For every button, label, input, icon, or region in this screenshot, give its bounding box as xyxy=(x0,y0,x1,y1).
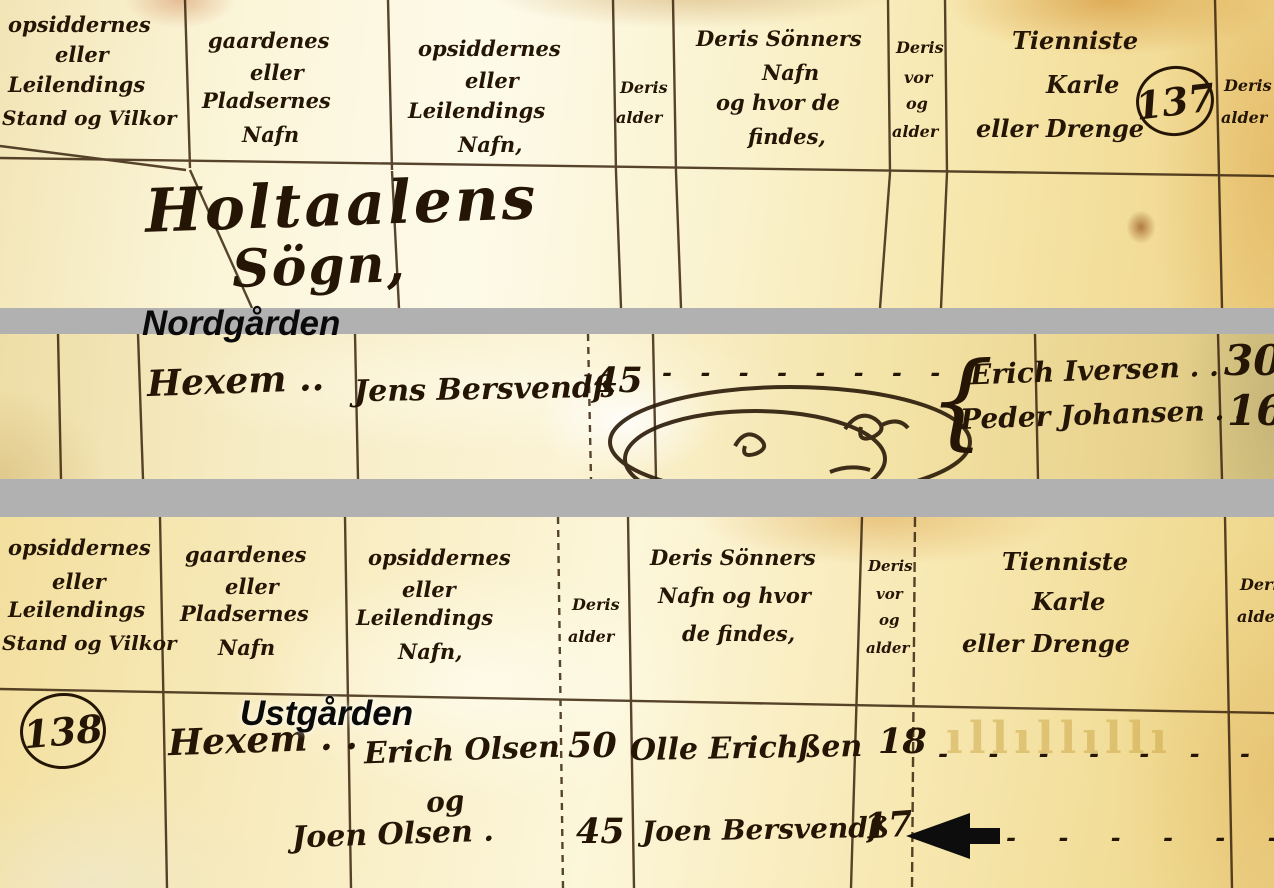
column-header: opsiddernes xyxy=(8,12,151,37)
column-header: Nafn xyxy=(242,122,299,147)
column-header: Deris xyxy=(1240,575,1274,594)
column-header: Nafn, xyxy=(398,639,462,664)
page-number-badge-138: 138 xyxy=(17,689,109,772)
entry-son-age: 17 xyxy=(863,803,914,847)
column-header: Karle xyxy=(1032,587,1105,616)
entry-servant-1-age: 30, xyxy=(1224,336,1274,385)
entry-son-name: Joen Bersvendß xyxy=(642,811,890,848)
page-number-badge-137: 137 xyxy=(1132,62,1218,141)
column-header: og xyxy=(879,611,900,629)
column-header: eller xyxy=(250,60,304,85)
entry-servant-2-age: 16 xyxy=(1227,386,1274,435)
column-header: eller xyxy=(225,574,279,599)
column-header: eller xyxy=(55,42,109,67)
column-header: Tienniste xyxy=(1012,26,1138,55)
column-header: Leilendings xyxy=(408,98,545,123)
section-title-line2: Sögn, xyxy=(231,233,408,300)
farm-overlay-label-ustgaarden: Ustgården xyxy=(240,694,413,734)
photo-strip-bottom: opsiddernes eller Leilendings Stand og V… xyxy=(0,517,1274,888)
left-arrow-icon xyxy=(906,813,1002,859)
column-header: Nafn xyxy=(218,635,275,660)
column-header: alder xyxy=(568,627,614,646)
column-header: Tienniste xyxy=(1002,547,1128,576)
column-header: vor xyxy=(876,585,903,603)
column-header: Deris xyxy=(572,595,620,614)
column-header: eller xyxy=(465,68,519,93)
column-header: eller Drenge xyxy=(962,629,1130,658)
column-header: alder xyxy=(616,108,662,127)
column-header: findes, xyxy=(748,124,826,149)
entry-farm-name: Hexem .. xyxy=(146,357,324,405)
column-header: opsiddernes xyxy=(8,535,151,560)
column-header: Pladsernes xyxy=(202,88,331,113)
entry-occupant-age: 45 xyxy=(576,811,625,852)
column-header: Leilendings xyxy=(8,72,145,97)
column-header: Pladsernes xyxy=(180,601,309,626)
entry-servant-2: Peder Johansen . . xyxy=(960,393,1245,436)
column-header: gaardenes xyxy=(185,542,306,567)
ink-smudge xyxy=(1126,210,1156,244)
entry-occupant-name: Joen Olsen . xyxy=(291,813,494,855)
column-header: eller Drenge xyxy=(976,114,1144,143)
column-header: Deris Sönners xyxy=(650,545,816,570)
column-header: Karle xyxy=(1046,70,1119,99)
column-header: Deris xyxy=(868,557,913,575)
column-header: Deris xyxy=(896,38,944,57)
column-header: opsiddernes xyxy=(368,545,511,570)
column-header: alder xyxy=(1237,607,1274,626)
entry-son-age: 18 xyxy=(878,721,927,762)
column-header: opsiddernes xyxy=(418,36,561,61)
column-header: og hvor de xyxy=(716,90,840,115)
entry-occupant-age: 45 xyxy=(594,360,643,401)
column-header: de findes, xyxy=(682,621,795,646)
column-header: og xyxy=(906,94,928,113)
entry-occupant-age: 50 xyxy=(568,725,617,766)
separator-bar-bottom xyxy=(0,479,1274,517)
entry-servants-dashes: - - - - - - - - xyxy=(1006,823,1274,852)
entry-son-name: Olle Erichßen xyxy=(630,729,863,768)
column-header: alder xyxy=(892,122,938,141)
entry-occupant-name: Jens Bersvendß xyxy=(354,370,616,410)
column-header: Stand og Vilkor xyxy=(2,106,177,130)
column-header: Deris xyxy=(1224,76,1272,95)
column-header: Deris Sönners xyxy=(696,26,862,51)
entry-sons-dashes: - - - - - - - - xyxy=(662,358,950,387)
entry-servants-dashes: - - - - - - - - - - xyxy=(938,739,1274,768)
scanned-register-page: opsiddernes eller Leilendings Stand og V… xyxy=(0,0,1274,888)
photo-strip-top: opsiddernes eller Leilendings Stand og V… xyxy=(0,0,1274,308)
column-header: Stand og Vilkor xyxy=(2,631,177,655)
column-header: Nafn, xyxy=(458,132,522,157)
column-header: gaardenes xyxy=(208,28,329,53)
column-header: Leilendings xyxy=(356,605,493,630)
photo-strip-middle: Hexem .. Jens Bersvendß 45 - - - - - - -… xyxy=(0,334,1274,479)
column-header: alder xyxy=(1221,108,1267,127)
column-header: Nafn xyxy=(762,60,819,85)
farm-overlay-label-nordgaarden: Nordgården xyxy=(142,304,340,344)
column-header: Deris xyxy=(620,78,668,97)
column-header: Nafn og hvor xyxy=(658,583,811,608)
entry-servant-1: Erich Iversen . . xyxy=(969,350,1219,392)
column-header: alder xyxy=(866,639,909,657)
column-header: eller xyxy=(52,569,106,594)
column-header: vor xyxy=(904,68,932,87)
column-header: Leilendings xyxy=(8,597,145,622)
entry-occupant-name: Erich Olsen xyxy=(363,730,560,772)
column-header: eller xyxy=(402,577,456,602)
